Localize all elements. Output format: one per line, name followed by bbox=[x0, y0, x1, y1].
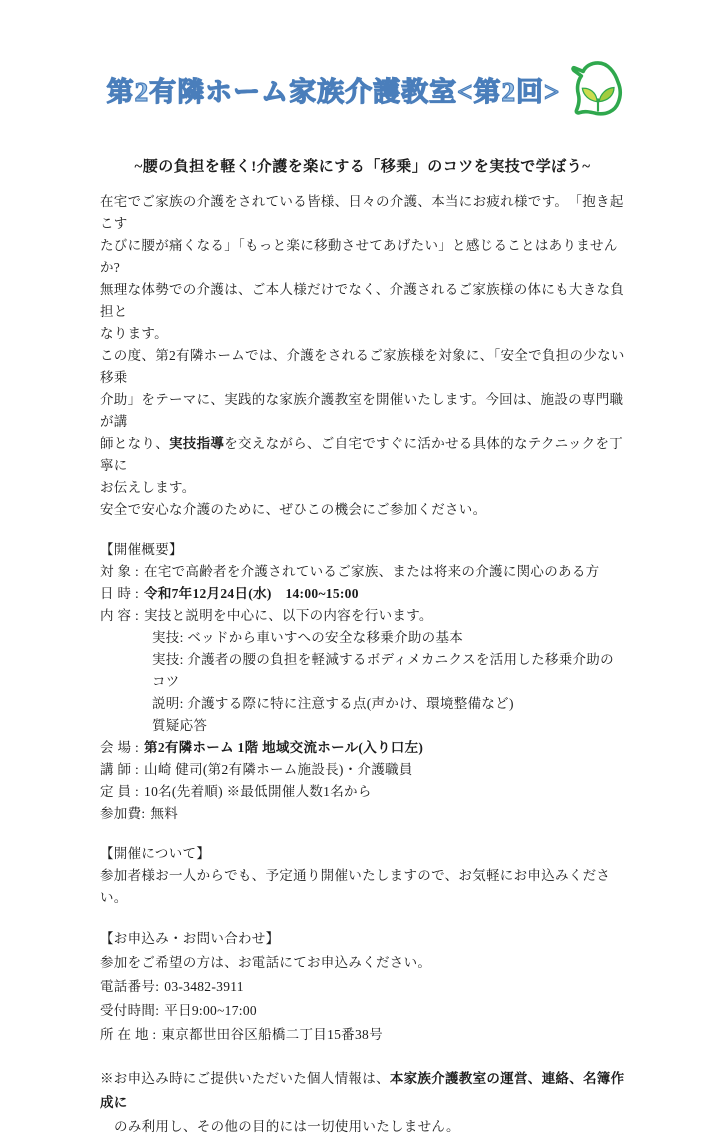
phone-number: 03-3482-3911 bbox=[164, 975, 244, 999]
privacy-note-line1: ※お申込み時にご提供いただいた個人情報は、本家族介護教室の運営、連絡、名簿作成に bbox=[100, 1067, 625, 1115]
row-value: 無料 bbox=[150, 803, 178, 825]
page-title: 第2有隣ホーム家族介護教室<第2回> bbox=[100, 70, 567, 109]
row-label: 電話番号: bbox=[100, 975, 159, 999]
content-item: 説明: 介護する際に特に注意する点(声かけ、環境整備など) bbox=[100, 693, 625, 715]
row-value: 山崎 健司(第2有隣ホーム施設長)・介護職員 bbox=[144, 759, 413, 781]
intro-line-bold: 実技指導 bbox=[169, 436, 224, 451]
row-value: 平日9:00~17:00 bbox=[164, 999, 257, 1023]
row-value: 実技と説明を中心に、以下の内容を行います。 bbox=[144, 605, 433, 627]
intro-line: たびに腰が痛くなる」「もっと楽に移動させてあげたい」と感じることはありませんか? bbox=[100, 235, 625, 279]
row-label: 参加費: bbox=[100, 803, 145, 825]
row-label: 所 在 地 : bbox=[100, 1023, 156, 1047]
row-label: 内 容 : bbox=[100, 605, 139, 627]
about-section: 【開催について】 参加者様お一人からでも、予定通り開催いたしますので、お気軽にお… bbox=[100, 843, 625, 909]
overview-row-fee: 参加費: 無料 bbox=[100, 803, 625, 825]
subtitle: ~腰の負担を軽く!介護を楽にする「移乗」のコツを実技で学ぼう~ bbox=[100, 156, 625, 178]
intro-line-pre: 師となり、 bbox=[100, 436, 169, 451]
intro-line: お伝えします。 bbox=[100, 477, 625, 499]
row-value: 令和7年12月24日(水) 14:00~15:00 bbox=[144, 583, 359, 605]
contact-section: 【お申込み・お問い合わせ】 参加をご希望の方は、お電話にてお申込みください。 電… bbox=[100, 927, 625, 1047]
document-page: 第2有隣ホーム家族介護教室<第2回> ~腰の負担を軽く!介護を楽にする「移乗」の… bbox=[0, 0, 724, 1024]
intro-line: この度、第2有隣ホームでは、介護をされるご家族様を対象に、「安全で負担の少ない移… bbox=[100, 345, 625, 389]
note-pre: ※お申込み時にご提供いただいた個人情報は、 bbox=[100, 1071, 390, 1086]
row-value: 第2有隣ホーム 1階 地域交流ホール(入り口左) bbox=[144, 737, 423, 759]
intro-line: なります。 bbox=[100, 323, 625, 345]
header: 第2有隣ホーム家族介護教室<第2回> bbox=[100, 56, 625, 122]
contact-row-address: 所 在 地 : 東京都世田谷区船橋二丁目15番38号 bbox=[100, 1023, 625, 1047]
content-item: 実技: ベッドから車いすへの安全な移乗介助の基本 bbox=[100, 627, 625, 649]
row-label: 定 員 : bbox=[100, 781, 139, 803]
privacy-note: ※お申込み時にご提供いただいた個人情報は、本家族介護教室の運営、連絡、名簿作成に… bbox=[100, 1067, 625, 1139]
contact-intro: 参加をご希望の方は、お電話にてお申込みください。 bbox=[100, 951, 625, 975]
about-heading: 【開催について】 bbox=[100, 843, 625, 865]
row-label: 対 象 : bbox=[100, 561, 139, 583]
row-label: 会 場 : bbox=[100, 737, 139, 759]
overview-row-datetime: 日 時 : 令和7年12月24日(水) 14:00~15:00 bbox=[100, 583, 625, 605]
row-label: 日 時 : bbox=[100, 583, 139, 605]
overview-row-content: 内 容 : 実技と説明を中心に、以下の内容を行います。 bbox=[100, 605, 625, 627]
bird-sprout-logo bbox=[571, 58, 625, 120]
overview-heading: 【開催概要】 bbox=[100, 539, 625, 561]
intro-line: 介助」をテーマに、実践的な家族介護教室を開催いたします。今回は、施設の専門職が講 bbox=[100, 389, 625, 433]
contact-heading: 【お申込み・お問い合わせ】 bbox=[100, 927, 625, 951]
overview-row-lecturer: 講 師 : 山崎 健司(第2有隣ホーム施設長)・介護職員 bbox=[100, 759, 625, 781]
content-item: 質疑応答 bbox=[100, 715, 625, 737]
overview-row-capacity: 定 員 : 10名(先着順) ※最低開催人数1名から bbox=[100, 781, 625, 803]
overview-row-venue: 会 場 : 第2有隣ホーム 1階 地域交流ホール(入り口左) bbox=[100, 737, 625, 759]
intro-line: 安全で安心な介護のために、ぜひこの機会にご参加ください。 bbox=[100, 499, 625, 521]
overview-section: 【開催概要】 対 象 : 在宅で高齢者を介護されているご家族、または将来の介護に… bbox=[100, 539, 625, 825]
intro-line: 在宅でご家族の介護をされている皆様、日々の介護、本当にお疲れ様です。 「抱き起こ… bbox=[100, 191, 625, 235]
row-value: 在宅で高齢者を介護されているご家族、または将来の介護に関心のある方 bbox=[144, 561, 599, 583]
intro-section: 在宅でご家族の介護をされている皆様、日々の介護、本当にお疲れ様です。 「抱き起こ… bbox=[100, 191, 625, 521]
intro-line: 無理な体勢での介護は、ご本人様だけでなく、介護されるご家族様の体にも大きな負担と bbox=[100, 279, 625, 323]
row-value: 東京都世田谷区船橋二丁目15番38号 bbox=[161, 1023, 382, 1047]
privacy-note-line2: のみ利用し、その他の目的には一切使用いたしません。 bbox=[100, 1115, 625, 1139]
row-value: 10名(先着順) ※最低開催人数1名から bbox=[144, 781, 372, 803]
contact-row-hours: 受付時間: 平日9:00~17:00 bbox=[100, 999, 625, 1023]
row-label: 受付時間: bbox=[100, 999, 159, 1023]
overview-row-target: 対 象 : 在宅で高齢者を介護されているご家族、または将来の介護に関心のある方 bbox=[100, 561, 625, 583]
about-body: 参加者様お一人からでも、予定通り開催いたしますので、お気軽にお申込みください。 bbox=[100, 865, 625, 909]
row-label: 講 師 : bbox=[100, 759, 139, 781]
contact-row-phone: 電話番号: 03-3482-3911 bbox=[100, 975, 625, 999]
intro-line-mixed: 師となり、実技指導を交えながら、ご自宅ですぐに活かせる具体的なテクニックを丁寧に bbox=[100, 433, 625, 477]
content-item: 実技: 介護者の腰の負担を軽減するボディメカニクスを活用した移乗介助のコツ bbox=[100, 649, 625, 693]
